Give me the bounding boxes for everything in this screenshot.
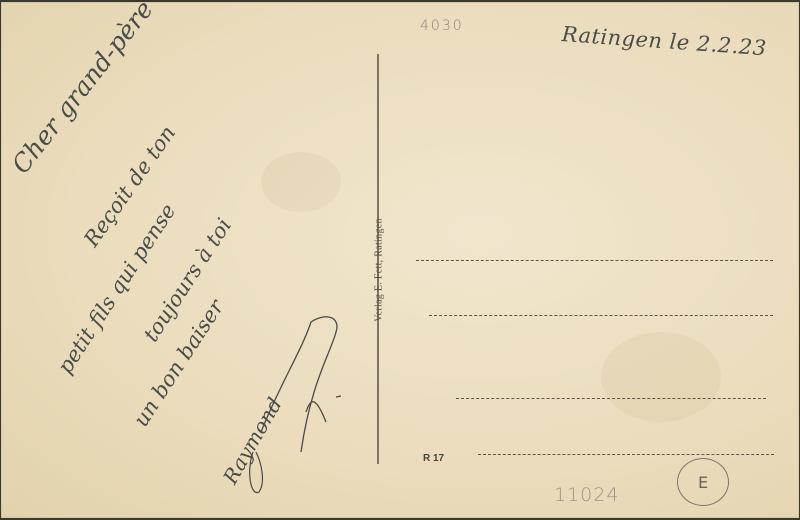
- paper-stain: [601, 332, 721, 422]
- grade-letter: E: [698, 473, 708, 492]
- series-code: R 17: [423, 453, 444, 464]
- address-line: [429, 315, 773, 316]
- message-line: petit fils qui pense: [53, 199, 181, 378]
- address-line: [456, 398, 766, 399]
- publisher-imprint: Verlag E. Fett, Ratingen: [374, 218, 385, 322]
- message-line: un bon baiser: [129, 296, 229, 431]
- inventory-number: 11024: [554, 484, 619, 506]
- address-line: [478, 454, 774, 455]
- greeting: Cher grand-père: [6, 0, 159, 179]
- stock-number: 4030: [420, 18, 464, 34]
- address-line: [416, 260, 773, 261]
- paper-stain: [261, 152, 341, 212]
- signature-flourish: [231, 302, 351, 502]
- place-date: Ratingen le 2.2.23: [561, 22, 767, 60]
- postcard-back: 4030 11024 E Ratingen le 2.2.23 Verlag E…: [1, 2, 799, 518]
- grade-badge: E: [677, 458, 729, 506]
